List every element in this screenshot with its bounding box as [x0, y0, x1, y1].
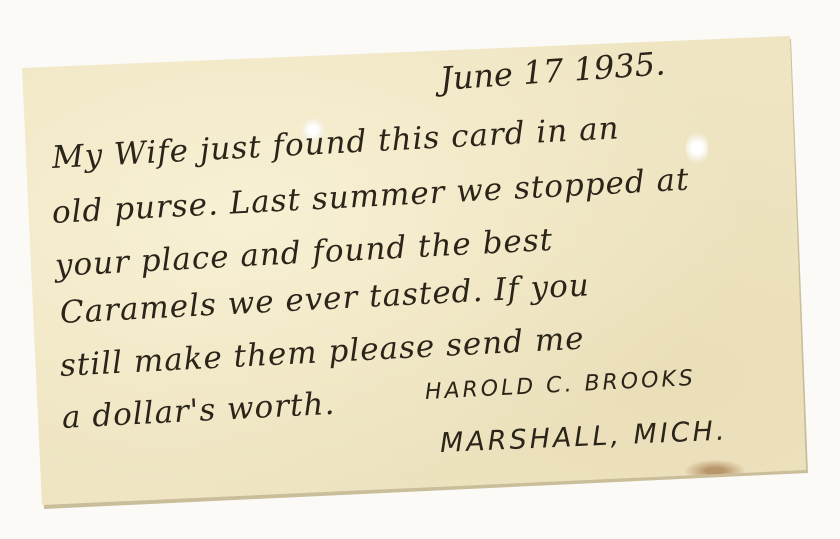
- punch-hole-right: [686, 130, 708, 166]
- edge-stain: [685, 460, 745, 482]
